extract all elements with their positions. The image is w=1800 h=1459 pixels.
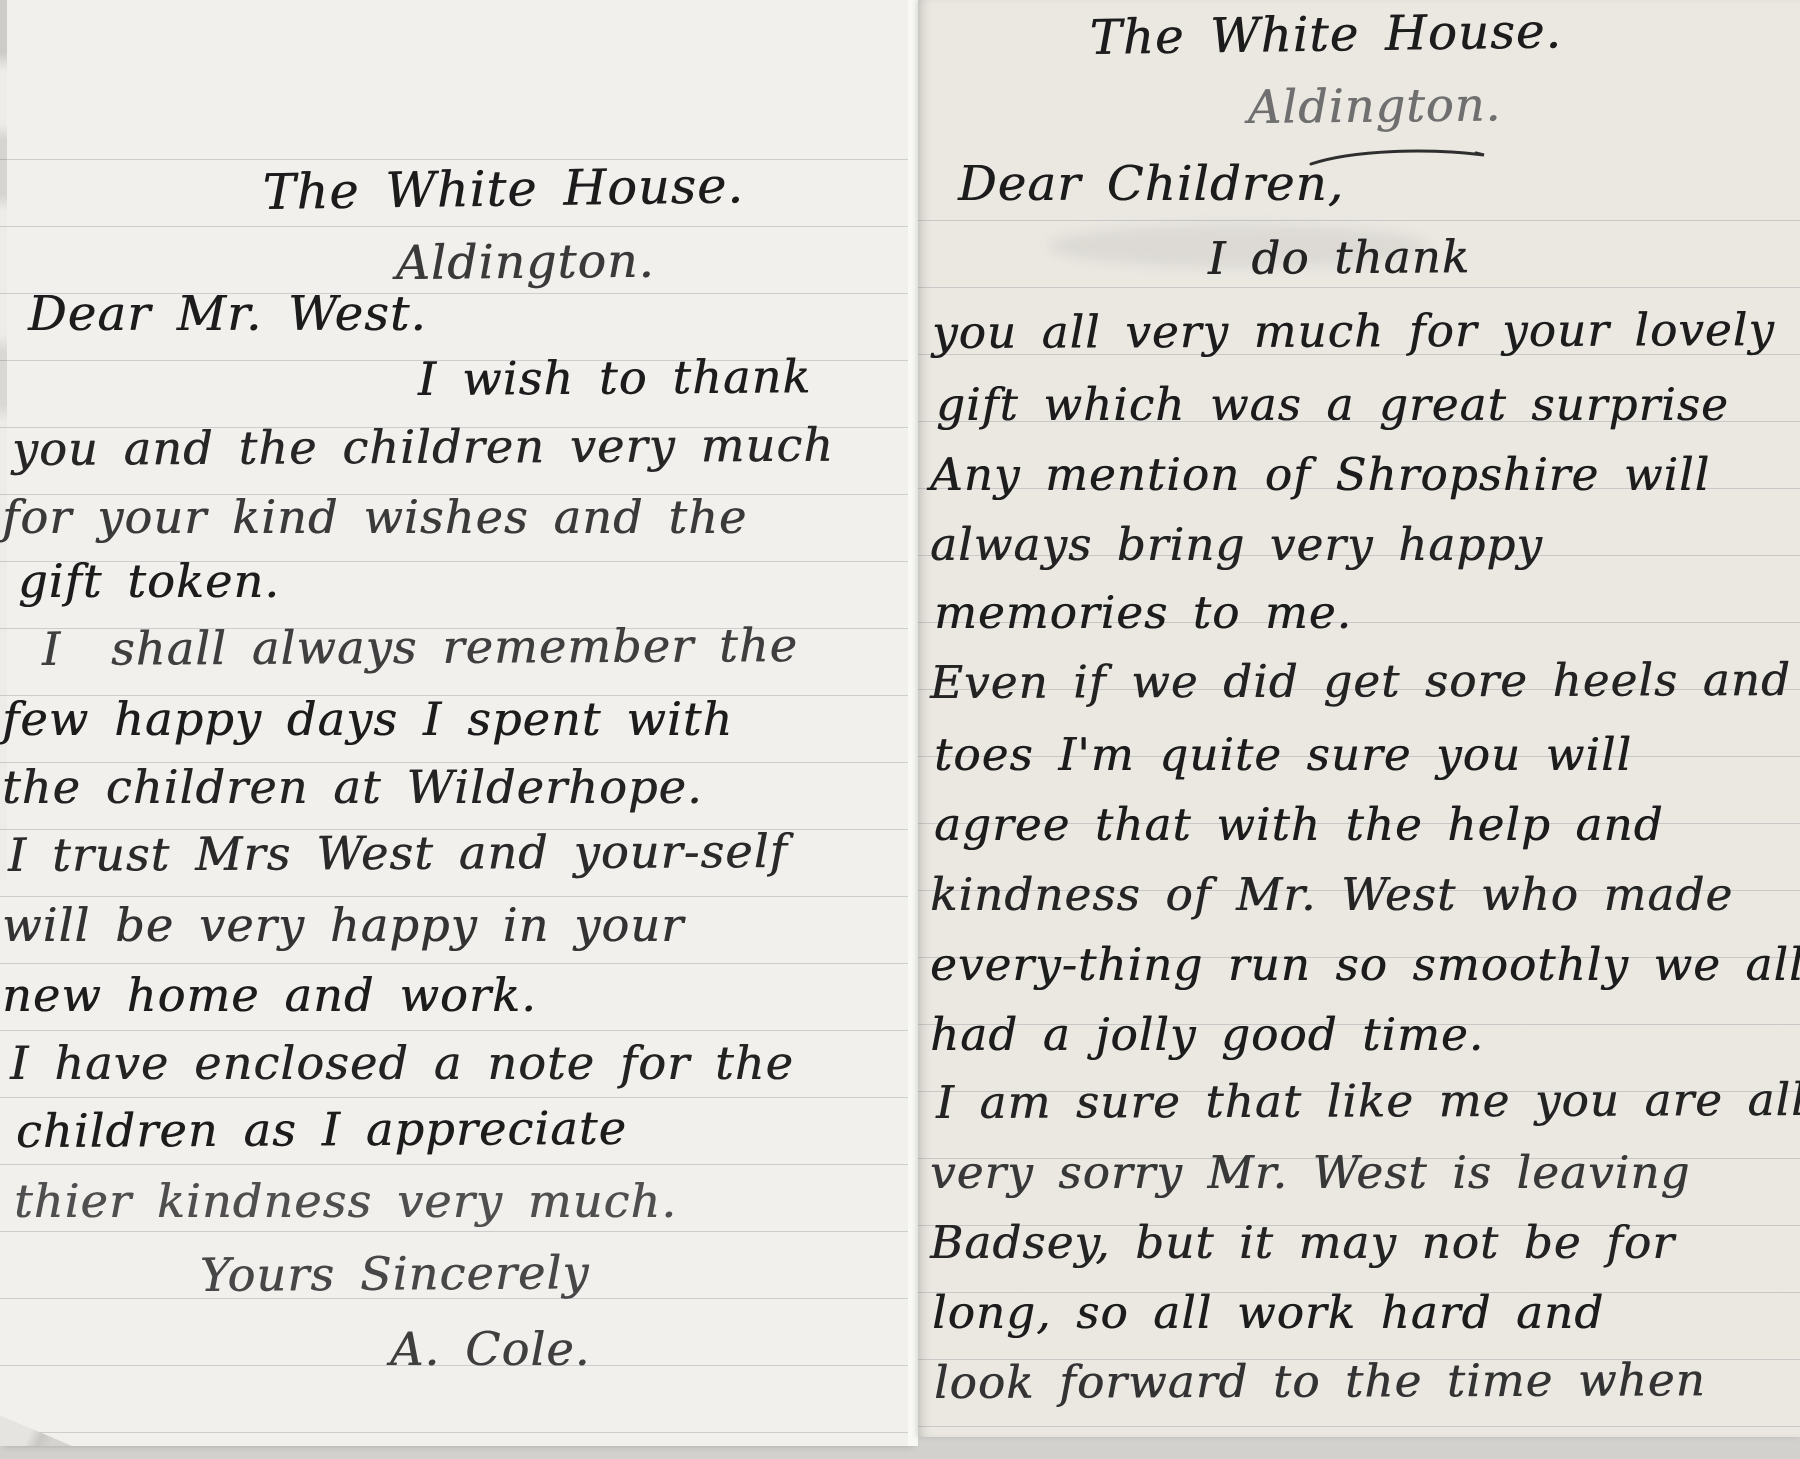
handwriting-line: A. Cole. [390, 1324, 591, 1375]
handwriting-line: had a jolly good time. [930, 1010, 1484, 1060]
handwriting-line: new home and work. [2, 970, 537, 1021]
handwriting-line: toes I'm quite sure you will [934, 730, 1632, 780]
handwriting-line: few happy days I spent with [2, 694, 733, 745]
handwriting-line: for your kind wishes and the [2, 492, 747, 543]
handwriting-layer-left: The White House.Aldington.Dear Mr. West.… [0, 0, 908, 1446]
handwriting-line: The White House. [1089, 5, 1562, 64]
handwriting-line: Any mention of Shropshire will [930, 450, 1710, 500]
handwriting-line: look forward to the time when [934, 1355, 1706, 1407]
letter-page-left: The White House.Aldington.Dear Mr. West.… [0, 0, 909, 1446]
handwriting-line: you all very much for your lovely [932, 305, 1775, 357]
handwriting-line: I am sure that like me you are all [936, 1075, 1800, 1128]
letter-page-right: The White House.Aldington.Dear Children,… [918, 0, 1800, 1437]
handwriting-line: Aldington. [396, 236, 655, 290]
handwriting-line: Dear Children, [958, 158, 1344, 211]
handwriting-line: gift token. [18, 556, 280, 607]
handwriting-layer-right: The White House.Aldington.Dear Children,… [918, 0, 1800, 1437]
handwriting-line: the children at Wilderhope. [2, 762, 703, 813]
handwriting-line: I trust Mrs West and your-self [8, 826, 788, 881]
handwriting-line: will be very happy in your [2, 900, 684, 951]
handwriting-line: I have enclosed a note for the [10, 1038, 794, 1089]
handwriting-line: I wish to thank [418, 351, 812, 404]
handwriting-line: Yours Sincerely [200, 1247, 590, 1300]
handwriting-line: The White House. [262, 159, 744, 220]
handwriting-line: very sorry Mr. West is leaving [930, 1148, 1690, 1198]
handwriting-line: always bring very happy [930, 520, 1543, 570]
handwriting-line: memories to me. [934, 588, 1352, 638]
handwriting-line: I do thank [1208, 232, 1471, 283]
handwriting-line: you and the children very much [12, 420, 834, 475]
scanned-letters: The White House.Aldington.Dear Mr. West.… [0, 0, 1800, 1459]
handwriting-line: gift which was a great surprise [936, 380, 1729, 430]
handwriting-line: kindness of Mr. West who made [930, 870, 1733, 920]
handwriting-line: Aldington. [1247, 79, 1501, 132]
handwriting-line: Even if we did get sore heels and [930, 655, 1791, 708]
handwriting-line: thier kindness very much. [14, 1176, 677, 1227]
handwriting-line: agree that with the help and [934, 800, 1664, 850]
handwriting-line: every-thing run so smoothly we all [930, 940, 1800, 990]
handwriting-line: Badsey, but it may not be for [930, 1218, 1675, 1268]
handwriting-line: children as I appreciate [16, 1103, 627, 1157]
handwriting-line: I shall always remember the [42, 620, 798, 675]
handwriting-line: long, so all work hard and [932, 1288, 1604, 1338]
handwriting-line: Dear Mr. West. [28, 288, 427, 341]
page-gap [908, 0, 918, 1446]
